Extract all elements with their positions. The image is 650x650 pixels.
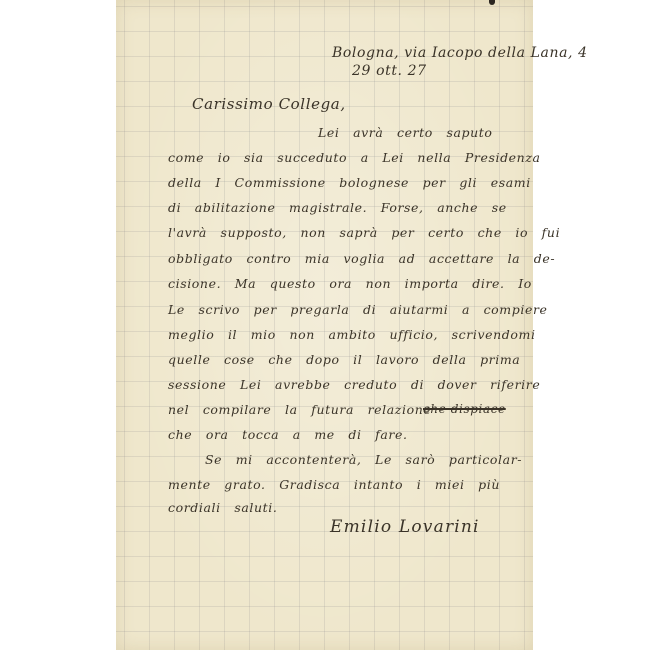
body-line: sessione Lei avrebbe creduto di dover ri…	[168, 377, 540, 392]
body-line: cisione. Ma questo ora non importa dire.…	[168, 276, 532, 291]
body-line: l'avrà supposto, non saprà per certo che…	[168, 225, 560, 240]
body-line: obbligato contro mia voglia ad accettare…	[168, 251, 555, 266]
letter-address: Bologna, via Iacopo della Lana, 4	[332, 45, 588, 61]
body-line: della I Commissione bolognese per gli es…	[168, 175, 531, 190]
body-line: nel compilare la futura relazione	[168, 402, 431, 417]
body-line: mente grato. Gradisca intanto i miei più	[168, 477, 500, 492]
letter-salutation: Carissimo Collega,	[192, 95, 346, 113]
letter-date: 29 ott. 27	[352, 63, 427, 79]
body-line: di abilitazione magistrale. Forse, anche…	[168, 200, 507, 215]
body-line: Le scrivo per pregarla di aiutarmi a com…	[168, 302, 548, 317]
body-line: cordiali saluti.	[168, 500, 277, 515]
body-line: Lei avrà certo saputo	[318, 125, 493, 140]
body-line: meglio il mio non ambito ufficio, scrive…	[168, 327, 536, 342]
signature: Emilio Lovarini	[330, 517, 480, 537]
body-line: come io sia succeduto a Lei nella Presid…	[168, 150, 541, 165]
body-line: che ora tocca a me di fare.	[168, 427, 408, 442]
struck-text: che dispiace	[423, 402, 506, 416]
body-line: quelle cose che dopo il lavoro della pri…	[168, 352, 520, 367]
body-line: Se mi accontenterà, Le sarò particolar-	[205, 452, 522, 467]
